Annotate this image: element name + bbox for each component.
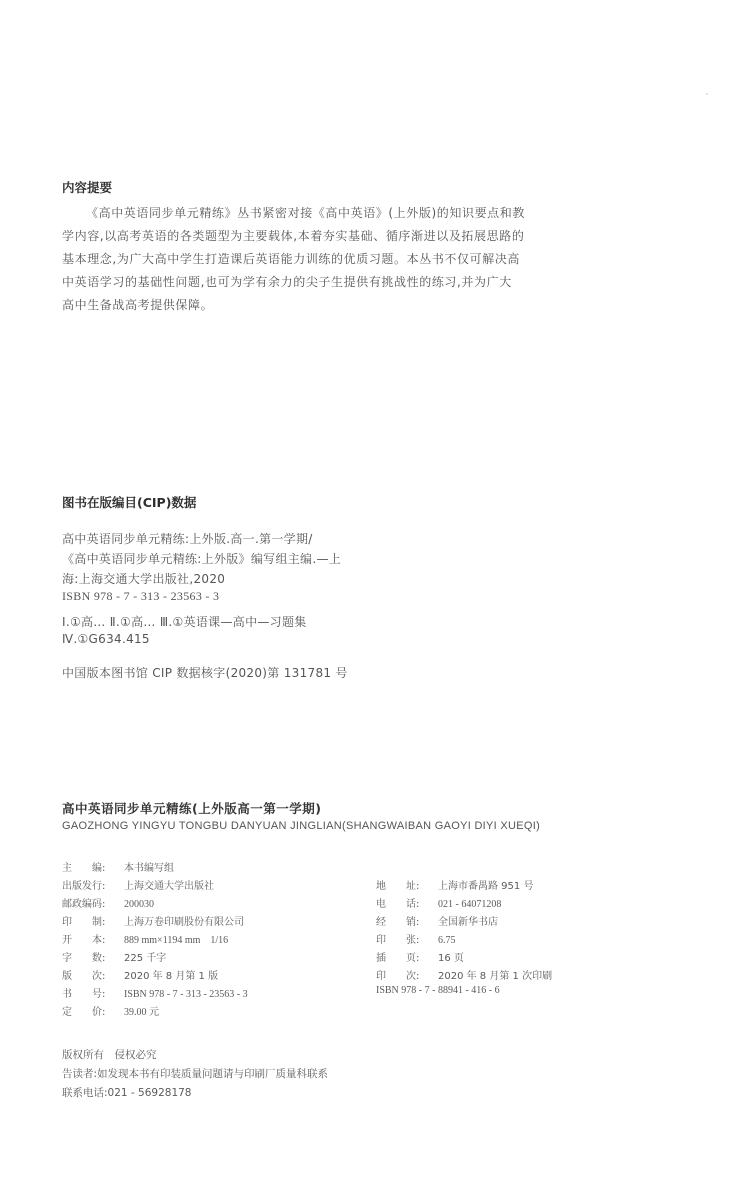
detail-row-edition: 版 次:2020 年 8 月第 1 版 (62, 967, 218, 982)
cip-classification: Ⅰ.①高… Ⅱ.①高… Ⅲ.①英语课—高中—习题集 (62, 613, 307, 630)
detail-value: 39.00 元 (124, 1007, 159, 1018)
cip-approval: 中国版本图书馆 CIP 数据核字(2020)第 131781 号 (62, 664, 348, 681)
detail-row-editor: 主 编:本书编写组 (62, 859, 174, 874)
detail-value: ISBN 978 - 7 - 313 - 23563 - 3 (124, 989, 248, 1000)
detail-key: 电 话: (376, 895, 438, 910)
detail-key: 书 号: (62, 985, 124, 1000)
detail-row-address: 地 址:上海市番禺路 951 号 (376, 877, 533, 892)
detail-value: 889 mm×1194 mm 1/16 (124, 935, 228, 946)
detail-row-printer: 印 制:上海万卷印刷股份有限公司 (62, 913, 244, 928)
detail-key: 插 页: (376, 949, 438, 964)
detail-value: 本书编写组 (124, 863, 174, 874)
book-title-pinyin: GAOZHONG YINGYU TONGBU DANYUAN JINGLIAN(… (62, 820, 540, 832)
detail-row-postcode: 邮政编码:200030 (62, 895, 154, 910)
reader-notice: 告读者:如发现本书有印装质量问题请与印刷厂质量科联系 (62, 1066, 328, 1081)
detail-row-isbn: 书 号:ISBN 978 - 7 - 313 - 23563 - 3 (62, 985, 248, 1000)
summary-line: 高中生备战高考提供保障。 (62, 296, 213, 313)
detail-row-distributor: 经 销:全国新华书店 (376, 913, 498, 928)
detail-key: 主 编: (62, 859, 124, 874)
detail-value: 021 - 64071208 (438, 899, 501, 910)
detail-row-wordcount: 字 数:225 千字 (62, 949, 166, 964)
detail-key: 地 址: (376, 877, 438, 892)
detail-value: 2020 年 8 月第 1 版 (124, 971, 218, 982)
detail-key: 版 次: (62, 967, 124, 982)
cip-record-line: 《高中英语同步单元精练:上外版》编写组主编.—上 (62, 550, 341, 567)
cip-heading: 图书在版编目(CIP)数据 (62, 493, 196, 511)
contact-phone: 联系电话:021 - 56928178 (62, 1085, 192, 1100)
detail-key: 邮政编码: (62, 895, 124, 910)
detail-key: 开 本: (62, 931, 124, 946)
detail-value: 上海交通大学出版社 (124, 881, 214, 892)
rights-notice: 版权所有 侵权必究 (62, 1047, 157, 1062)
detail-value: 全国新华书店 (438, 917, 498, 928)
detail-value: 6.75 (438, 935, 456, 946)
detail-key: 印 张: (376, 931, 438, 946)
detail-row-sheets: 印 张:6.75 (376, 931, 456, 946)
detail-key: 定 价: (62, 1003, 124, 1018)
cip-isbn: ISBN 978 - 7 - 313 - 23563 - 3 (62, 589, 219, 604)
detail-row-format: 开 本:889 mm×1194 mm 1/16 (62, 931, 228, 946)
detail-key: 印 制: (62, 913, 124, 928)
detail-value: 上海市番禺路 951 号 (438, 881, 533, 892)
detail-key: 经 销: (376, 913, 438, 928)
summary-heading: 内容提要 (62, 178, 112, 196)
detail-row-price: 定 价:39.00 元 (62, 1003, 159, 1018)
detail-key: 印 次: (376, 967, 438, 982)
summary-line: 《高中英语同步单元精练》丛书紧密对接《高中英语》(上外版)的知识要点和教 (86, 204, 525, 221)
summary-line: 学内容,以高考英语的各类题型为主要载体,本着夯实基础、循序渐进以及拓展思路的 (62, 227, 524, 244)
detail-row-phone: 电 话:021 - 64071208 (376, 895, 501, 910)
detail-key: 字 数: (62, 949, 124, 964)
detail-row-inserts: 插 页:16 页 (376, 949, 464, 964)
cip-record-line: 高中英语同步单元精练:上外版.高一.第一学期/ (62, 530, 313, 547)
detail-value: 225 千字 (124, 953, 166, 964)
detail-value: 200030 (124, 899, 154, 910)
detail-value: 上海万卷印刷股份有限公司 (124, 917, 244, 928)
cip-record-line: 海:上海交通大学出版社,2020 (62, 570, 225, 587)
summary-line: 中英语学习的基础性问题,也可为学有余力的尖子生提供有挑战性的练习,并为广大 (62, 273, 512, 290)
detail-row-publisher: 出版发行:上海交通大学出版社 (62, 877, 214, 892)
detail-key: 出版发行: (62, 877, 124, 892)
detail-row-printing: 印 次:2020 年 8 月第 1 次印刷 (376, 967, 552, 982)
cip-classification: Ⅳ.①G634.415 (62, 632, 150, 646)
summary-line: 基本理念,为广大高中学生打造课后英语能力训练的优质习题。本丛书不仅可解决高 (62, 250, 520, 267)
detail-value: 2020 年 8 月第 1 次印刷 (438, 971, 552, 982)
book-title-cn: 高中英语同步单元精练(上外版高一第一学期) (62, 799, 321, 817)
detail-value: 16 页 (438, 953, 464, 964)
scan-speck (706, 93, 708, 95)
detail-row-isbn-secondary: ISBN 978 - 7 - 88941 - 416 - 6 (376, 985, 500, 996)
